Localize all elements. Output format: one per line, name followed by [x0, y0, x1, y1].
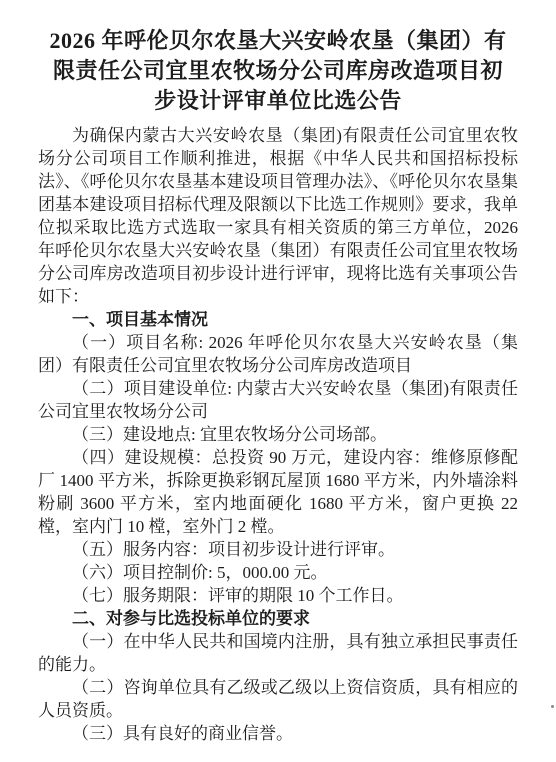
paragraph: （五）服务内容：项目初步设计进行评审。	[38, 538, 518, 561]
page-title: 2026 年呼伦贝尔农垦大兴安岭农垦（集团）有 限责任公司宜里农牧场分公司库房改…	[38, 26, 518, 116]
paragraph: （二）咨询单位具有乙级或乙级以上资信资质，具有相应的人员资质。	[38, 676, 518, 722]
section-heading: 一、项目基本情况	[38, 308, 518, 331]
title-line-3: 步设计评审单位比选公告	[38, 86, 518, 116]
document-page: 2026 年呼伦贝尔农垦大兴安岭农垦（集团）有 限责任公司宜里农牧场分公司库房改…	[0, 0, 556, 762]
paragraph: （三）具有良好的商业信誉。	[38, 722, 518, 745]
paragraph: （六）项目控制价: 5，000.00 元。	[38, 561, 518, 584]
paragraph: （三）建设地点: 宜里农牧场分公司场部。	[38, 423, 518, 446]
paragraph: （一）在中华人民共和国境内注册，具有独立承担民事责任的能力。	[38, 630, 518, 676]
paragraph: （七）服务期限：评审的期限 10 个工作日。	[38, 584, 518, 607]
document-body: 为确保内蒙古大兴安岭农垦（集团)有限责任公司宜里农牧场分公司项目工作顺利推进，根…	[38, 124, 518, 745]
paragraph: 为确保内蒙古大兴安岭农垦（集团)有限责任公司宜里农牧场分公司项目工作顺利推进，根…	[38, 124, 518, 308]
paragraph: （一）项目名称: 2026 年呼伦贝尔农垦大兴安岭农垦（集团）有限责任公司宜里农…	[38, 331, 518, 377]
paragraph: （四）建设规模：总投资 90 万元，建设内容：维修原修配厂 1400 平方米，拆…	[38, 446, 518, 538]
paragraph: （二）项目建设单位: 内蒙古大兴安岭农垦（集团)有限责任公司宜里农牧场分公司	[38, 377, 518, 423]
section-heading: 二、对参与比选投标单位的要求	[38, 607, 518, 630]
title-line-2: 限责任公司宜里农牧场分公司库房改造项目初	[38, 56, 518, 86]
scan-speck	[551, 705, 554, 708]
title-line-1: 2026 年呼伦贝尔农垦大兴安岭农垦（集团）有	[38, 26, 518, 56]
